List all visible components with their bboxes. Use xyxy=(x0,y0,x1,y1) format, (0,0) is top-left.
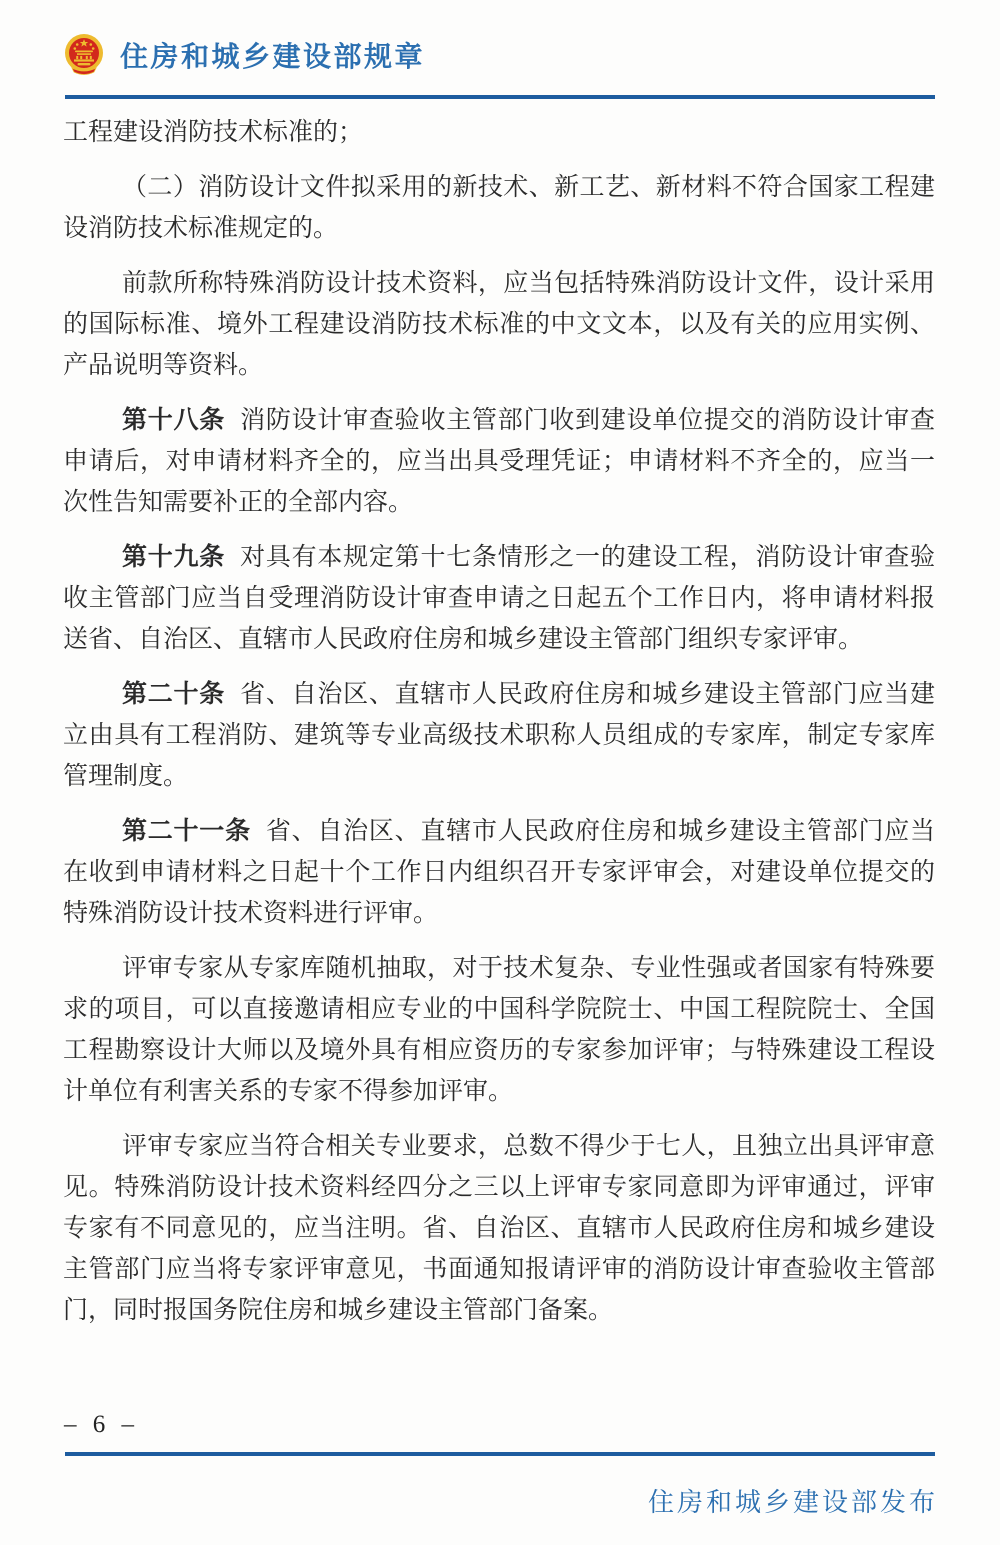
paragraph-8: 评审专家应当符合相关专业要求，总数不得少于七人，且独立出具评审意见。特殊消防设计… xyxy=(63,1126,935,1331)
paragraph-0: 工程建设消防技术标准的； xyxy=(63,112,935,153)
article-number: 第十八条 xyxy=(122,407,225,434)
publisher-label: 住房和城乡建设部发布 xyxy=(648,1482,938,1519)
article-number: 第十九条 xyxy=(122,544,225,571)
paragraph-2: 前款所称特殊消防设计技术资料，应当包括特殊消防设计文件，设计采用的国际标准、境外… xyxy=(63,263,935,386)
article-number: 第二十条 xyxy=(122,681,225,708)
paragraph-1: （二）消防设计文件拟采用的新技术、新工艺、新材料不符合国家工程建设消防技术标准规… xyxy=(63,167,935,249)
paragraph-4: 第十九条对具有本规定第十七条情形之一的建设工程，消防设计审查验收主管部门应当自受… xyxy=(63,537,935,660)
article-number: 第二十一条 xyxy=(122,818,251,845)
page-number: – 6 – xyxy=(64,1411,139,1439)
header-title: 住房和城乡建设部规章 xyxy=(120,35,425,75)
footer-rule xyxy=(65,1452,935,1456)
paragraph-3: 第十八条消防设计审查验收主管部门收到建设单位提交的消防设计审查申请后，对申请材料… xyxy=(63,400,935,523)
page-header: 住房和城乡建设部规章 xyxy=(64,30,935,80)
document-body: 工程建设消防技术标准的；（二）消防设计文件拟采用的新技术、新工艺、新材料不符合国… xyxy=(63,112,935,1345)
paragraph-7: 评审专家从专家库随机抽取，对于技术复杂、专业性强或者国家有特殊要求的项目，可以直… xyxy=(63,948,935,1112)
document-page: 住房和城乡建设部规章 工程建设消防技术标准的；（二）消防设计文件拟采用的新技术、… xyxy=(0,0,1000,1545)
paragraph-5: 第二十条省、自治区、直辖市人民政府住房和城乡建设主管部门应当建立由具有工程消防、… xyxy=(63,674,935,797)
header-rule xyxy=(65,95,935,99)
china-national-emblem-icon xyxy=(64,32,104,79)
paragraph-6: 第二十一条省、自治区、直辖市人民政府住房和城乡建设主管部门应当在收到申请材料之日… xyxy=(63,811,935,934)
